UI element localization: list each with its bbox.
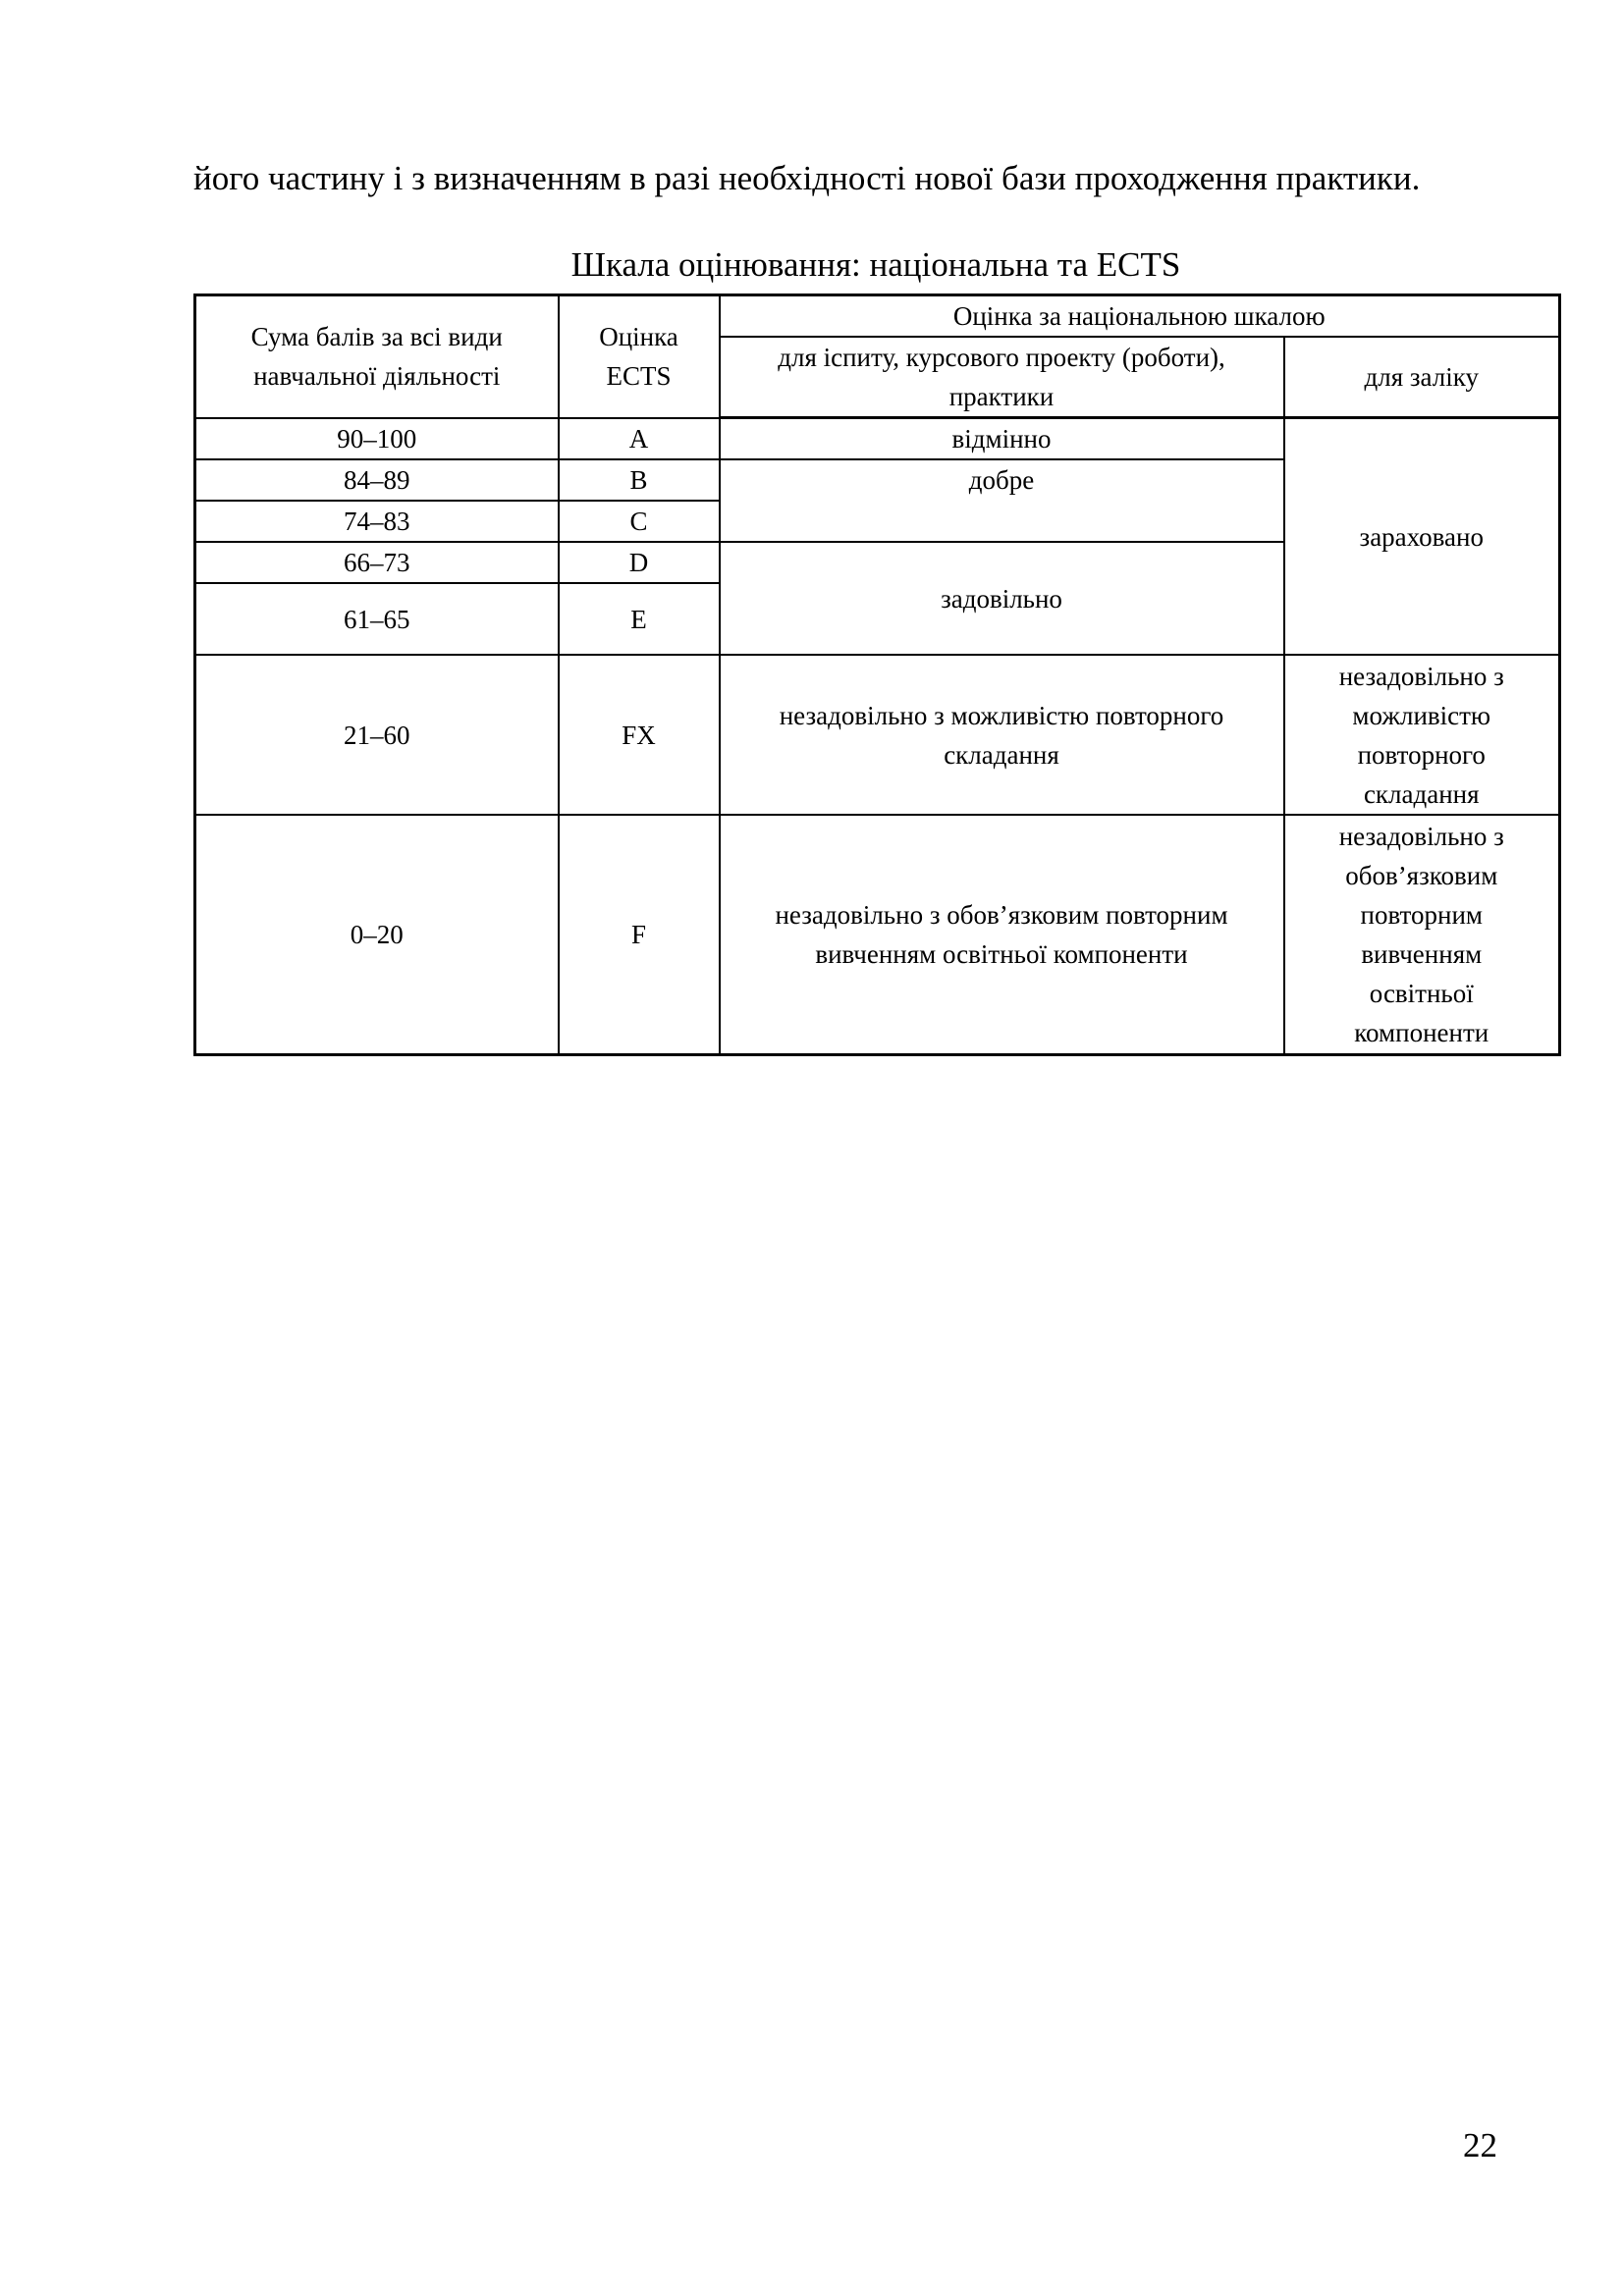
exam-grade-cell: незадовільно з обов’язковим повторним ви…	[720, 815, 1284, 1054]
table-row: 90–100 A відмінно зараховано	[195, 418, 1560, 460]
table-header: Сума балів за всі види навчальної діяльн…	[195, 295, 1560, 418]
points-cell: 84–89	[195, 459, 559, 501]
grading-scale-table: Сума балів за всі види навчальної діяльн…	[193, 294, 1561, 1056]
points-cell: 66–73	[195, 542, 559, 583]
header-ects-grade: Оцінка ECTS	[559, 295, 720, 418]
points-cell: 0–20	[195, 815, 559, 1054]
points-cell: 61–65	[195, 583, 559, 655]
points-cell: 90–100	[195, 418, 559, 460]
body-paragraph: його частину і з визначенням в разі необ…	[193, 155, 1515, 202]
header-national-scale: Оцінка за національною шкалою	[720, 295, 1560, 338]
points-cell: 21–60	[195, 655, 559, 815]
credit-grade-cell: незадовільно з обов’язковим повторним ви…	[1284, 815, 1560, 1054]
ects-cell: D	[559, 542, 720, 583]
header-for-credit: для заліку	[1284, 337, 1560, 418]
ects-cell: C	[559, 501, 720, 542]
header-for-exam: для іспиту, курсового проекту (роботи), …	[720, 337, 1284, 418]
ects-cell: F	[559, 815, 720, 1054]
table-title: Шкала оцінювання: національна та ECTS	[193, 244, 1558, 286]
exam-grade-cell: задовільно	[720, 542, 1284, 655]
ects-cell: FX	[559, 655, 720, 815]
points-cell: 74–83	[195, 501, 559, 542]
credit-grade-cell: незадовільно з можливістю повторного скл…	[1284, 655, 1560, 815]
ects-cell: E	[559, 583, 720, 655]
table-row: 0–20 F незадовільно з обов’язковим повто…	[195, 815, 1560, 1054]
exam-grade-cell: добре	[720, 459, 1284, 542]
page-number: 22	[1463, 2126, 1497, 2165]
ects-cell: B	[559, 459, 720, 501]
exam-grade-cell: незадовільно з можливістю повторного скл…	[720, 655, 1284, 815]
credit-grade-cell: зараховано	[1284, 418, 1560, 656]
header-sum-points: Сума балів за всі види навчальної діяльн…	[195, 295, 559, 418]
exam-grade-cell: відмінно	[720, 418, 1284, 460]
table-row: 21–60 FX незадовільно з можливістю повто…	[195, 655, 1560, 815]
ects-cell: A	[559, 418, 720, 460]
